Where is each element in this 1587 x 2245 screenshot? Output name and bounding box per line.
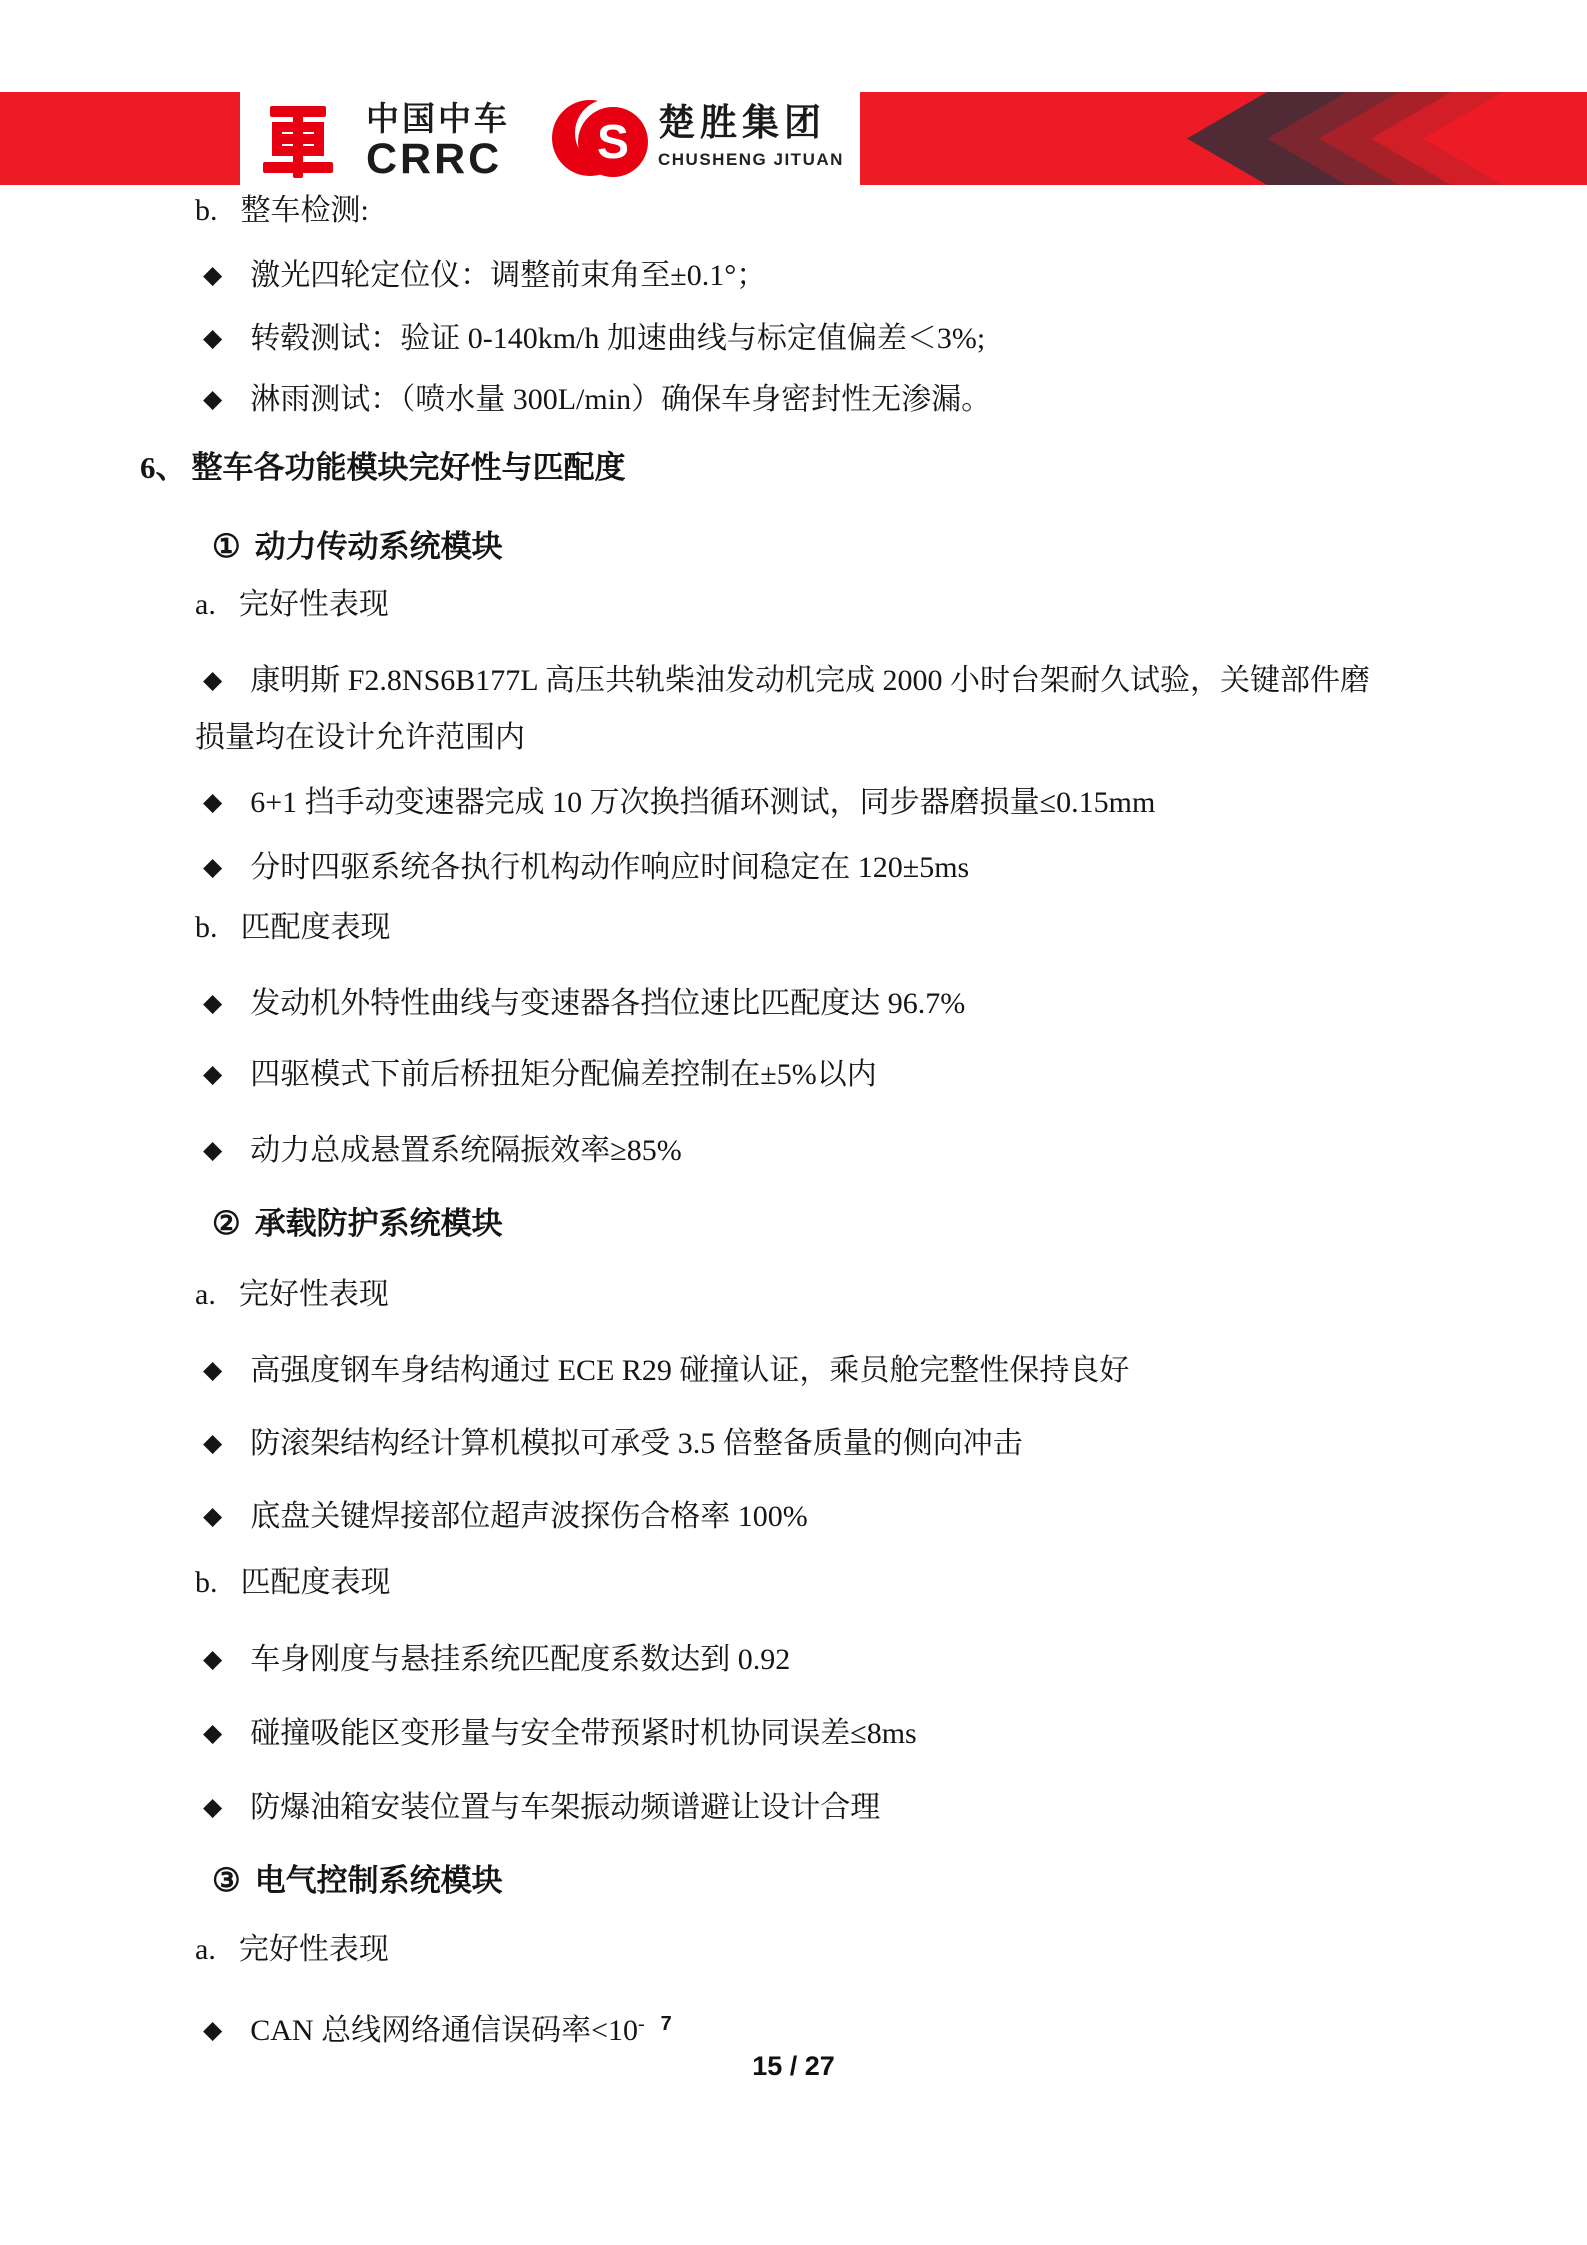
wrapped-text-line: 损量均在设计允许范围内 [195,719,525,757]
bullet-item: ◆高强度钢车身结构通过 ECE R29 碰撞认证，乘员舱完整性保持良好 [203,1351,1129,1390]
bullet-item: ◆车身刚度与悬挂系统匹配度系数达到 0.92 [203,1640,790,1679]
item-text: 承载防护系统模块 [255,1206,503,1241]
module-heading: ②承载防护系统模块 [212,1204,503,1243]
diamond-bullet-icon: ◆ [203,787,222,816]
bullet-item: ◆底盘关键焊接部位超声波探伤合格率 100% [203,1497,808,1536]
bullet-item: ◆防爆油箱安装位置与车架振动频谱避让设计合理 [203,1788,880,1827]
bullet-item: ◆淋雨测试：（喷水量 300L/min）确保车身密封性无渗漏。 [203,380,991,419]
bullet-item: ◆动力总成悬置系统隔振效率≥85% [203,1131,682,1170]
item-prefix: a. [195,1931,216,1969]
diamond-bullet-icon: ◆ [203,2015,222,2044]
item-text: 高强度钢车身结构通过 ECE R29 碰撞认证，乘员舱完整性保持良好 [250,1354,1129,1387]
page-number: 15 / 27 [0,2051,1587,2082]
header-red-bar-right [860,92,1587,185]
module-heading: ①动力传动系统模块 [212,527,503,566]
list-item: b.匹配度表现 [195,1564,391,1602]
diamond-bullet-icon: ◆ [203,1718,222,1747]
bullet-item: ◆发动机外特性曲线与变速器各挡位速比匹配度达 96.7% [203,984,965,1023]
item-text: 整车各功能模块完好性与匹配度 [192,450,626,485]
item-prefix: a. [195,1276,216,1314]
diamond-bullet-icon: ◆ [203,1428,222,1457]
bullet-item: ◆防滚架结构经计算机模拟可承受 3.5 倍整备质量的侧向冲击 [203,1424,1023,1463]
module-heading: ③电气控制系统模块 [212,1861,503,1900]
bullet-item: ◆激光四轮定位仪：调整前束角至±0.1°； [203,256,766,295]
list-item: a.完好性表现 [195,1276,389,1314]
item-text: 整车检测: [241,194,369,227]
bullet-item: ◆康明斯 F2.8NS6B177L 高压共轨柴油发动机完成 2000 小时台架耐… [203,661,1370,700]
bullet-item: ◆碰撞吸能区变形量与安全带预紧时机协同误差≤8ms [203,1714,917,1753]
chusheng-s-logo-icon: S [552,96,652,187]
item-text: 完好性表现 [239,1278,389,1311]
chusheng-cn-label: 楚胜集团 [658,104,844,141]
item-text: 动力总成悬置系统隔振效率≥85% [250,1134,681,1167]
bullet-item: ◆转毂测试：验证 0-140km/h 加速曲线与标定值偏差＜3%; [203,319,985,358]
bullet-item: ◆四驱模式下前后桥扭矩分配偏差控制在±5%以内 [203,1055,877,1094]
circled-number-icon: ③ [212,1861,241,1899]
circled-number-icon: ② [212,1204,241,1242]
item-prefix: b. [195,192,218,230]
crrc-cn-label: 中国中车 [366,102,510,135]
item-text: 完好性表现 [239,1933,389,1966]
item-text: 分时四驱系统各执行机构动作响应时间稳定在 120±5ms [250,851,969,884]
item-prefix: b. [195,909,218,947]
item-text: 激光四轮定位仪：调整前束角至±0.1°； [250,259,766,292]
item-prefix: a. [195,586,216,624]
svg-text:S: S [597,116,629,169]
list-item: b.整车检测: [195,192,369,230]
section-heading: 6、整车各功能模块完好性与匹配度 [140,449,626,487]
item-text: 匹配度表现 [241,1566,391,1599]
item-text: 四驱模式下前后桥扭矩分配偏差控制在±5%以内 [250,1058,876,1091]
item-prefix: 6、 [140,449,187,487]
item-text: 6+1 挡手动变速器完成 10 万次换挡循环测试，同步器磨损量≤0.15mm [250,786,1155,819]
superscript-exponent: 7 [661,2013,672,2035]
item-text: 碰撞吸能区变形量与安全带预紧时机协同误差≤8ms [250,1717,916,1750]
diamond-bullet-icon: ◆ [203,1059,222,1088]
item-text: 转毂测试：验证 0-140km/h 加速曲线与标定值偏差＜3%; [250,322,985,355]
item-prefix: b. [195,1564,218,1602]
item-text: 淋雨测试：（喷水量 300L/min）确保车身密封性无渗漏。 [250,383,991,416]
document-page: 中国中车 CRRC S 楚胜集团 CHUSHENG JITUAN b.整车检测:… [0,0,1587,2245]
bullet-item: ◆分时四驱系统各执行机构动作响应时间稳定在 120±5ms [203,848,969,887]
diamond-bullet-icon: ◆ [203,384,222,413]
diamond-bullet-icon: ◆ [203,1501,222,1530]
item-text: 车身刚度与悬挂系统匹配度系数达到 0.92 [250,1643,790,1676]
item-text: 电气控制系统模块 [255,1863,503,1898]
item-text: 完好性表现 [239,588,389,621]
item-text: 匹配度表现 [241,911,391,944]
diamond-bullet-icon: ◆ [203,1644,222,1673]
circled-number-icon: ① [212,527,241,565]
diamond-bullet-icon: ◆ [203,1135,222,1164]
diamond-bullet-icon: ◆ [203,323,222,352]
bullet-item: ◆6+1 挡手动变速器完成 10 万次换挡循环测试，同步器磨损量≤0.15mm [203,783,1155,822]
item-text: 底盘关键焊接部位超声波探伤合格率 100% [250,1500,808,1533]
chusheng-en-label: CHUSHENG JITUAN [658,151,844,168]
item-text: 发动机外特性曲线与变速器各挡位速比匹配度达 96.7% [250,987,965,1020]
superscript-minus: - [638,2013,645,2035]
item-text: CAN 总线网络通信误码率<10 [250,2014,638,2047]
list-item: b.匹配度表现 [195,909,391,947]
crrc-che-logo-icon [260,100,336,183]
diamond-bullet-icon: ◆ [203,260,222,289]
header-red-bar-left [0,92,240,185]
bullet-item: ◆CAN 总线网络通信误码率<10-7 [203,2005,672,2050]
list-item: a.完好性表现 [195,1931,389,1969]
diamond-bullet-icon: ◆ [203,988,222,1017]
diamond-bullet-icon: ◆ [203,1355,222,1384]
item-text: 防滚架结构经计算机模拟可承受 3.5 倍整备质量的侧向冲击 [250,1427,1023,1460]
crrc-logo-text: 中国中车 CRRC [366,102,510,181]
crrc-en-label: CRRC [366,138,510,181]
item-text: 损量均在设计允许范围内 [195,721,525,754]
diamond-bullet-icon: ◆ [203,665,222,694]
list-item: a.完好性表现 [195,586,389,624]
chusheng-logo-text: 楚胜集团 CHUSHENG JITUAN [658,104,844,168]
diamond-bullet-icon: ◆ [203,1792,222,1821]
item-text: 康明斯 F2.8NS6B177L 高压共轨柴油发动机完成 2000 小时台架耐久… [250,664,1370,697]
diamond-bullet-icon: ◆ [203,852,222,881]
item-text: 防爆油箱安装位置与车架振动频谱避让设计合理 [250,1791,880,1824]
item-text: 动力传动系统模块 [255,529,503,564]
